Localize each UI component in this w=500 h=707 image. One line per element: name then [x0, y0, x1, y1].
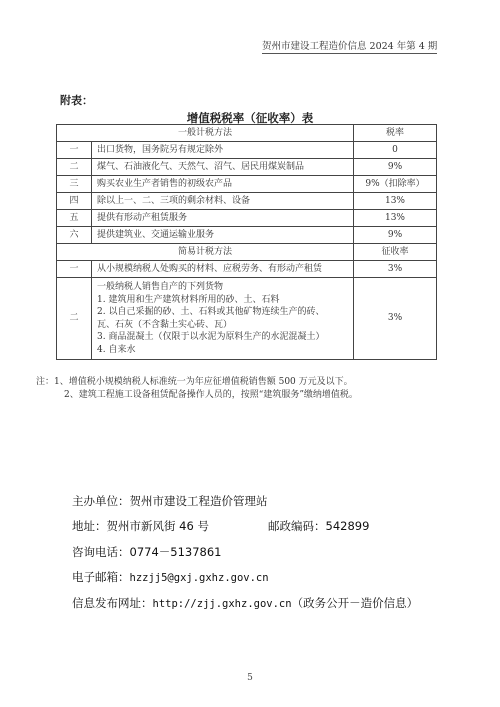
website-note: （政务公开－造价信息）: [292, 596, 419, 610]
table-row: 六 提供建筑业、交通运输业服务 9%: [57, 227, 437, 244]
phone-value: 0774－5137861: [130, 545, 222, 559]
general-method-heading: 一般计税方法: [57, 125, 354, 142]
item-line: 瓦、石灰（不含黏土实心砖、瓦）: [97, 319, 348, 332]
email-label: 电子邮箱：: [72, 570, 130, 584]
note-2: 2、建筑工程施工设备租赁配备操作人员的，按照“建筑服务”缴纳增值税。: [36, 389, 358, 402]
row-rate: 0: [354, 142, 437, 159]
levy-rate-heading: 征收率: [354, 244, 437, 261]
row-rate: 3%: [354, 278, 437, 360]
table-row: 二 一般纳税人销售自产的下列货物 1. 建筑用和生产建筑材料所用的砂、土、石料 …: [57, 278, 437, 360]
row-rate: 3%: [354, 261, 437, 278]
table-row: 四 除以上一、二、三项的剩余材料、设备 13%: [57, 193, 437, 210]
table-row: 三 购买农业生产者销售的初级农产品 9%（扣除率）: [57, 176, 437, 193]
row-number: 五: [57, 210, 92, 227]
row-rate: 9%（扣除率）: [354, 176, 437, 193]
vat-rate-table: 一般计税方法 税率 一 出口货物，国务院另有规定除外 0 二 煤气、石油液化气、…: [56, 124, 437, 360]
website-link[interactable]: http://zjj.gxhz.gov.cn: [153, 598, 292, 610]
row-rate: 9%: [354, 227, 437, 244]
row-number: 一: [57, 142, 92, 159]
table-row: 二 煤气、石油液化气、天然气、沼气、居民用煤炭制品 9%: [57, 159, 437, 176]
running-header: 贺州市建设工程造价信息 2024 年第 4 期: [262, 38, 437, 54]
page-number: 5: [0, 673, 500, 683]
row-item: 煤气、石油液化气、天然气、沼气、居民用煤炭制品: [92, 159, 354, 176]
row-rate: 13%: [354, 210, 437, 227]
email-line: 电子邮箱：hzzjj5@gxj.gxhz.gov.cn: [72, 569, 269, 585]
item-line: 3. 商品混凝土（仅限于以水泥为原料生产的水泥混凝土）: [97, 331, 348, 344]
organizer-label: 主办单位：: [72, 494, 130, 508]
postal-value: 542899: [326, 519, 370, 533]
row-number: 三: [57, 176, 92, 193]
row-item: 提供有形动产租赁服务: [92, 210, 354, 227]
item-line: 一般纳税人销售自产的下列货物: [97, 281, 348, 294]
website-line: 信息发布网址：http://zjj.gxhz.gov.cn（政务公开－造价信息）: [72, 595, 418, 611]
row-number: 二: [57, 278, 92, 360]
address-label: 地址：: [72, 519, 107, 533]
row-rate: 9%: [354, 159, 437, 176]
address-line: 地址：贺州市新风街 46 号: [72, 518, 209, 534]
simple-method-heading: 简易计税方法: [57, 244, 354, 261]
table-row: 一 从小规模纳税人处购买的材料、应税劳务、有形动产租赁 3%: [57, 261, 437, 278]
row-item-multiline: 一般纳税人销售自产的下列货物 1. 建筑用和生产建筑材料所用的砂、土、石料 2.…: [92, 278, 354, 360]
simple-section-header: 简易计税方法 征收率: [57, 244, 437, 261]
phone-label: 咨询电话：: [72, 545, 130, 559]
note-1: 注：1、增值税小规模纳税人标准统一为年应征增值税销售额 500 万元及以下。: [36, 376, 358, 389]
organizer-value: 贺州市建设工程造价管理站: [130, 494, 268, 508]
row-item: 购买农业生产者销售的初级农产品: [92, 176, 354, 193]
website-label: 信息发布网址：: [72, 596, 153, 610]
row-number: 四: [57, 193, 92, 210]
tax-rate-heading: 税率: [354, 125, 437, 142]
postal-line: 邮政编码：542899: [268, 518, 369, 534]
item-line: 2. 以自己采掘的砂、土、石料或其他矿物连续生产的砖、: [97, 306, 348, 319]
row-item: 从小规模纳税人处购买的材料、应税劳务、有形动产租赁: [92, 261, 354, 278]
postal-label: 邮政编码：: [268, 519, 326, 533]
general-section-header: 一般计税方法 税率: [57, 125, 437, 142]
row-item: 出口货物，国务院另有规定除外: [92, 142, 354, 159]
row-rate: 13%: [354, 193, 437, 210]
row-number: 一: [57, 261, 92, 278]
organizer-line: 主办单位：贺州市建设工程造价管理站: [72, 493, 268, 509]
row-number: 二: [57, 159, 92, 176]
appendix-label: 附表：: [60, 92, 93, 108]
row-item: 除以上一、二、三项的剩余材料、设备: [92, 193, 354, 210]
row-item: 提供建筑业、交通运输业服务: [92, 227, 354, 244]
address-value: 贺州市新风街 46 号: [107, 519, 209, 533]
table-notes: 注：1、增值税小规模纳税人标准统一为年应征增值税销售额 500 万元及以下。 2…: [36, 376, 358, 402]
table-row: 五 提供有形动产租赁服务 13%: [57, 210, 437, 227]
table-row: 一 出口货物，国务院另有规定除外 0: [57, 142, 437, 159]
phone-line: 咨询电话：0774－5137861: [72, 544, 221, 560]
item-line: 1. 建筑用和生产建筑材料所用的砂、土、石料: [97, 294, 348, 307]
row-number: 六: [57, 227, 92, 244]
email-link[interactable]: hzzjj5@gxj.gxhz.gov.cn: [130, 572, 269, 584]
item-line: 4. 自来水: [97, 344, 348, 357]
